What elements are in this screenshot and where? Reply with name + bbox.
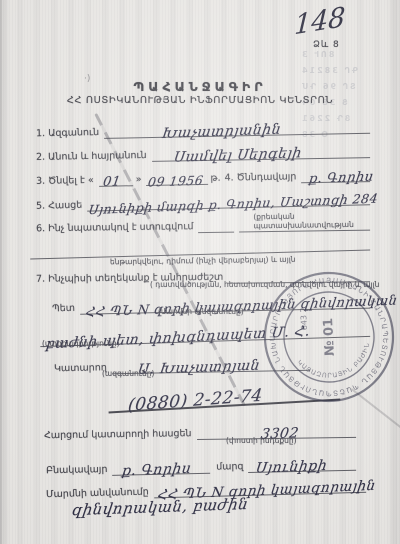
form-subtitle: ՀՀ ՈՍՏԻԿԱՆՈՒԹՅԱՆ ԻՆՖՈՐՄԱՑԻՈՆ ԿԵՆՏՐՈՆ	[0, 95, 400, 106]
field-settlement-region: Բնակավայր ք. Գորիս մարզ Սյունիքի	[46, 455, 356, 477]
birthplace-line: ք. Գորիս	[301, 166, 370, 183]
purpose-blank-line	[198, 217, 234, 234]
name-label: 2. Անուն և հայրանուն	[36, 150, 147, 164]
born-day-handwritten: 01	[102, 174, 122, 190]
name-handwritten: Սամվել Սերգեյի	[172, 145, 302, 165]
executor-sub-label: (ազգանունը)	[102, 369, 154, 378]
region-handwritten: Սյունիքի	[255, 458, 328, 477]
postcode-sub-label: (փոստի ինդեքսը)	[226, 436, 297, 445]
stamp-number: № 01	[321, 317, 338, 356]
field-surname: 1. Ազգանուն Խաչատրյանին	[36, 118, 370, 140]
executor-label: Կատարող	[54, 362, 107, 375]
page-number-handwritten: 148	[293, 2, 346, 42]
scanned-form-page: 8ՈՒ 3 ԳՐ 38214 ՏՐ 96 ԴՄ Ց 38 0Գ ՅԴ 2261 …	[0, 0, 400, 544]
born-suffix: թ.	[210, 173, 220, 185]
field-name: 2. Անուն և հայրանուն Սամվել Սերգեյի	[36, 142, 370, 164]
birthplace-handwritten: ք. Գորիս	[308, 169, 375, 186]
born-monthyear-line: 09 1956	[146, 169, 208, 186]
body-line: ՀՀ ՊՆ N զորի կայազորային	[153, 477, 366, 499]
surname-handwritten: Խաչատրյանին	[161, 121, 282, 141]
field-address: 5. Հասցե Սյունիքի մարզի ք. Գորիս, Մաշտոց…	[36, 189, 370, 213]
form-code: Ձև 8	[313, 40, 340, 50]
chief-line2-sub-label: (ստորագրությունը)	[42, 339, 120, 348]
birthplace-label: 4. Ծննդավայր	[224, 171, 296, 184]
purpose-label: 6. Ինչ նպատակով է ստուգվում	[36, 221, 194, 235]
stamp-code: 643 2	[299, 307, 309, 330]
region-label: մարզ	[216, 461, 244, 474]
settlement-label: Բնակավայր	[46, 464, 108, 477]
field-purpose: 6. Ինչ նպատակով է ստուգվում (քրեական պատ…	[36, 215, 370, 236]
address-label: 5. Հասցե	[36, 200, 82, 213]
settlement-handwritten: ք. Գորիս	[121, 461, 192, 480]
born-label: 3. Ծնվել է «	[36, 175, 94, 188]
form-title: ՊԱՀԱՆՋԱԳԻՐ	[0, 79, 400, 94]
surname-label: 1. Ազգանուն	[36, 127, 99, 140]
address-line: Սյունիքի մարզի ք. Գորիս, Մաշտոցի 284	[87, 189, 370, 211]
chief-sub-label: (մարմնի անվանումը)	[158, 307, 244, 316]
born-monthyear-handwritten: 09 1956	[147, 172, 204, 189]
born-close-quote: »	[136, 174, 142, 186]
purpose-hint-line: (քրեական պատասխանատվության	[239, 215, 370, 233]
surname-line: Խաչատրյանին	[104, 118, 370, 139]
bleedthrough-line: ԳՐ 38214	[300, 66, 396, 75]
purpose-hint2: ենթարկվելու, դիմում (ինչի վերաբերյալ) և …	[110, 255, 296, 267]
name-line: Սամվել Սերգեյի	[151, 142, 370, 162]
requester-label: Հարցում կատարողի հասցեն	[44, 428, 192, 442]
bleedthrough-line: 8ՈՒ 3	[300, 50, 396, 59]
phone-handwritten: (0880) 2-22-74	[127, 386, 264, 416]
born-day-line: 01	[99, 170, 133, 187]
field-born-birthplace: 3. Ծնվել է « 01 » 09 1956 թ. 4. Ծննդավայ…	[36, 166, 370, 188]
executor-handwritten: Ա. Խաչատրյան	[137, 358, 261, 378]
chief-label: Պետ	[52, 303, 75, 315]
field-requester-address: Հարցում կատարողի հասցեն 3302	[44, 422, 356, 442]
purpose-hint1: (քրեական պատասխանատվության	[253, 211, 370, 231]
region-line: Սյունիքի	[248, 455, 356, 473]
settlement-line: ք. Գորիս	[112, 458, 210, 476]
